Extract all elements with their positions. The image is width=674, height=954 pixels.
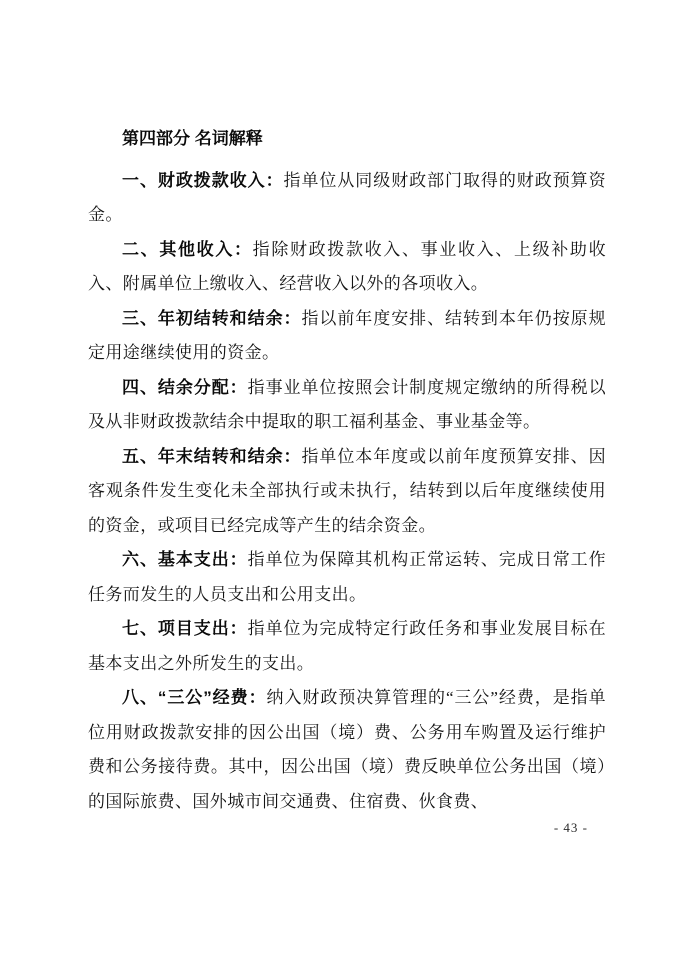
term-label: 二、其他收入： [122,240,253,259]
page-number: - 43 - [554,820,588,836]
term-label: 六、基本支出： [122,550,248,569]
term-label: 八、“三公”经费： [122,688,267,707]
definition-paragraph: 三、年初结转和结余：指以前年度安排、结转到本年仍按原规定用途继续使用的资金。 [88,302,606,371]
document-page: 第四部分 名词解释 一、财政拨款收入：指单位从同级财政部门取得的财政预算资金。 … [0,0,674,954]
definition-paragraph: 六、基本支出：指单位为保障其机构正常运转、完成日常工作任务而发生的人员支出和公用… [88,543,606,612]
term-label: 七、项目支出： [122,619,248,638]
term-label: 五、年末结转和结余： [122,447,301,466]
term-label: 四、结余分配： [122,378,248,397]
definition-paragraph: 二、其他收入：指除财政拨款收入、事业收入、上级补助收入、附属单位上缴收入、经营收… [88,233,606,302]
term-label: 一、财政拨款收入： [122,171,284,190]
definition-paragraph: 四、结余分配：指事业单位按照会计制度规定缴纳的所得税以及从非财政拨款结余中提取的… [88,371,606,440]
definition-paragraph: 八、“三公”经费：纳入财政预决算管理的“三公”经费，是指单位用财政拨款安排的因公… [88,681,606,819]
section-heading: 第四部分 名词解释 [88,122,606,157]
definition-paragraph: 五、年末结转和结余：指单位本年度或以前年度预算安排、因客观条件发生变化未全部执行… [88,440,606,544]
term-label: 三、年初结转和结余： [122,309,301,328]
definition-paragraph: 一、财政拨款收入：指单位从同级财政部门取得的财政预算资金。 [88,164,606,233]
page-content: 第四部分 名词解释 一、财政拨款收入：指单位从同级财政部门取得的财政预算资金。 … [88,122,606,819]
definition-paragraph: 七、项目支出：指单位为完成特定行政任务和事业发展目标在基本支出之外所发生的支出。 [88,612,606,681]
